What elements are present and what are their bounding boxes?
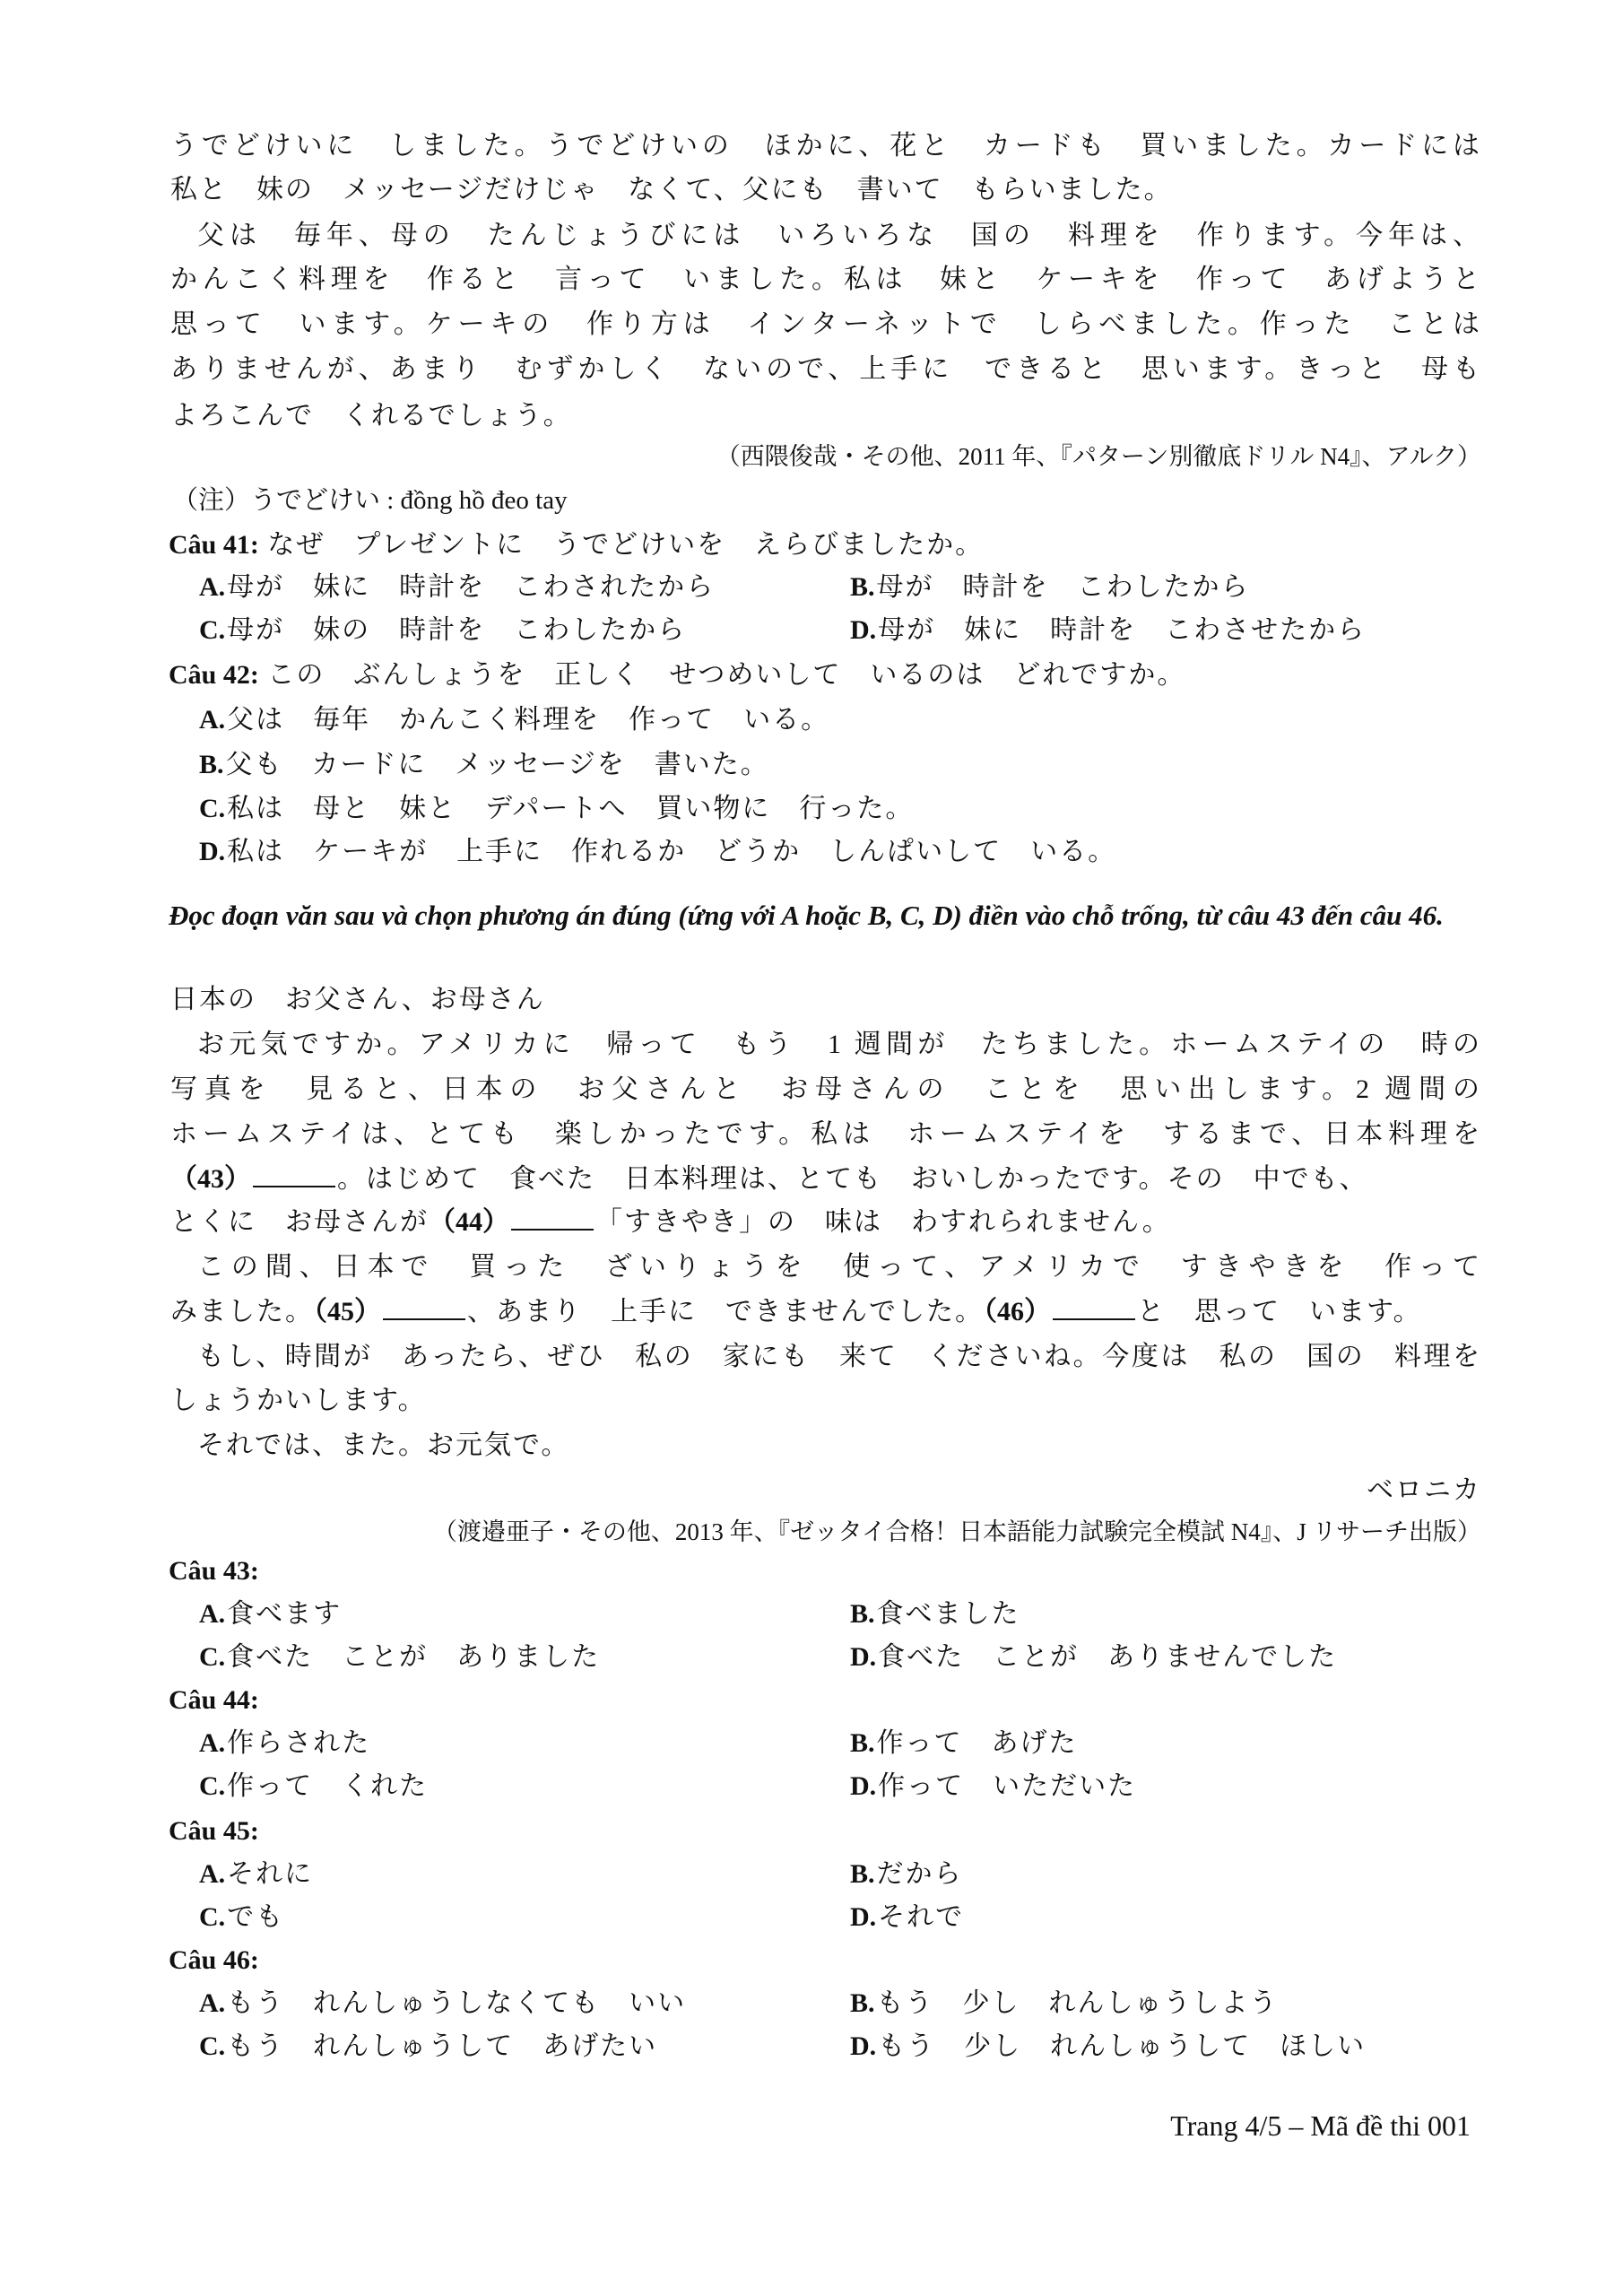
question-43: Câu 43:	[169, 1553, 259, 1589]
letter-heading: 日本の お父さん、お母さん	[170, 982, 1481, 1018]
question-46: Câu 46:	[169, 1943, 259, 1979]
option-text: 私は 母と 妹と デパートへ 買い物に 行った。	[227, 794, 914, 823]
passage2-line: お元気ですか。アメリカに 帰って もう 1 週間が たちました。ホームステイの …	[170, 1027, 1481, 1063]
vocabulary-note: （注）うでどけい : đồng hồ đeo tay	[172, 483, 1483, 518]
option-41-a[interactable]: A.母が 妹に 時計を こわされたから	[199, 570, 715, 605]
option-label: B.	[850, 1988, 875, 2018]
option-42-b[interactable]: B.父も カードに メッセージを 書いた。	[199, 747, 769, 783]
option-45-a[interactable]: A.それに	[199, 1857, 313, 1892]
option-46-b[interactable]: B.もう 少し れんしゅうしよう	[850, 1986, 1279, 2022]
option-text: でも	[227, 1902, 284, 1932]
option-45-b[interactable]: B.だから	[850, 1857, 963, 1892]
option-text: 作って あげた	[877, 1728, 1078, 1758]
option-text: もう れんしゅうしなくても いい	[227, 1988, 686, 2018]
option-44-a[interactable]: A.作らされた	[199, 1726, 370, 1761]
question-text: なぜ プレゼントに うでどけいを えらびましたか。	[267, 530, 984, 560]
option-41-c[interactable]: C.母が 妹の 時計を こわしたから	[199, 613, 686, 648]
option-45-c[interactable]: C.でも	[199, 1900, 284, 1935]
option-text: 食べた ことが ありました	[227, 1642, 600, 1672]
option-text: 作らされた	[227, 1728, 370, 1758]
question-label: Câu 46:	[169, 1945, 259, 1975]
passage2-line: この間、日本で 買った ざいりょうを 使って、アメリカで すきやきを 作って	[170, 1249, 1481, 1285]
option-44-d[interactable]: D.作って いただいた	[850, 1769, 1136, 1805]
option-text: 食べた ことが ありませんでした	[878, 1642, 1337, 1672]
question-label: Câu 42:	[169, 660, 259, 690]
blank-46[interactable]	[1053, 1295, 1135, 1320]
passage2-text: とくに お母さんが	[170, 1207, 429, 1237]
option-label: D.	[850, 1771, 876, 1801]
question-label: Câu 45:	[169, 1816, 259, 1846]
blank-43[interactable]	[253, 1162, 335, 1187]
passage2-line: しょうかいします。	[170, 1383, 1481, 1419]
option-label: D.	[850, 615, 876, 645]
passage2-line-blanks-45-46: みました。（45）、あまり 上手に できませんでした。（46）と 思って います…	[170, 1294, 1481, 1330]
blank-number-46: （46）	[984, 1297, 1051, 1326]
blank-number-44: （44）	[429, 1207, 509, 1237]
option-label: B.	[850, 1859, 875, 1889]
passage2-line: もし、時間が あったら、ぜひ 私の 家にも 来て くださいね。今度は 私の 国の…	[170, 1339, 1481, 1375]
option-label: C.	[199, 2031, 225, 2061]
option-label: C.	[199, 1902, 225, 1932]
option-42-a[interactable]: A.父は 毎年 かんこく料理を 作って いる。	[199, 702, 829, 738]
option-text: それで	[878, 1902, 964, 1932]
option-44-b[interactable]: B.作って あげた	[850, 1726, 1078, 1761]
option-44-c[interactable]: C.作って くれた	[199, 1769, 428, 1805]
passage2-source-citation: （渡邉亜子・その他、2013 年、『ゼッタイ合格！日本語能力試験完全模試 N4』…	[170, 1514, 1481, 1550]
option-text: 食べます	[227, 1599, 342, 1629]
option-43-c[interactable]: C.食べた ことが ありました	[199, 1639, 600, 1675]
passage1-line: ありませんが、あまり むずかしく ないので、上手に できると 思います。きっと …	[170, 352, 1481, 387]
option-label: A.	[199, 705, 225, 735]
option-label: D.	[850, 1642, 876, 1672]
option-label: D.	[850, 1902, 876, 1932]
letter-signature: ベロニカ	[170, 1473, 1481, 1509]
option-label: D.	[199, 837, 225, 866]
passage2-line-blank-43: （43）。はじめて 食べた 日本料理は、とても おいしかったです。その 中でも、	[170, 1161, 1481, 1197]
option-43-d[interactable]: D.食べた ことが ありませんでした	[850, 1639, 1337, 1675]
passage1-source-citation: （西隈俊哉・その他、2011 年、『パターン別徹底ドリル N4』、アルク）	[170, 439, 1481, 474]
passage2-text: 。はじめて 食べた 日本料理は、とても おいしかったです。その 中でも、	[337, 1164, 1368, 1194]
option-label: C.	[199, 615, 225, 645]
option-text: もう 少し れんしゅうして ほしい	[878, 2031, 1366, 2061]
passage2-line: ホームステイは、とても 楽しかったです。私は ホームステイを するまで、日本料理…	[170, 1117, 1481, 1152]
blank-number-45: （45）	[314, 1297, 381, 1326]
option-42-d[interactable]: D.私は ケーキが 上手に 作れるか どうか しんぱいして いる。	[199, 834, 1116, 870]
blank-number-43: （43）	[170, 1164, 251, 1194]
option-41-d[interactable]: D.母が 妹に 時計を こわさせたから	[850, 613, 1366, 648]
option-label: A.	[199, 572, 225, 602]
option-text: 食べました	[877, 1599, 1020, 1629]
exam-page: うでどけいに しました。うでどけいの ほかに、花と カードも 買いました。カード…	[0, 0, 1623, 2296]
passage1-line: うでどけいに しました。うでどけいの ほかに、花と カードも 買いました。カード…	[170, 128, 1481, 164]
option-label: C.	[199, 1642, 225, 1672]
option-43-a[interactable]: A.食べます	[199, 1596, 342, 1632]
passage1-line: 私と 妹の メッセージだけじゃ なくて、父にも 書いて もらいました。	[170, 172, 1481, 208]
page-footer: Trang 4/5 – Mã đề thi 001	[1170, 2108, 1471, 2144]
blank-45[interactable]	[383, 1295, 465, 1320]
option-text: 私は ケーキが 上手に 作れるか どうか しんぱいして いる。	[227, 837, 1116, 866]
option-label: A.	[199, 1988, 225, 2018]
passage1-line: よろこんで くれるでしょう。	[170, 398, 1481, 434]
question-42: Câu 42: この ぶんしょうを 正しく せつめいして いるのは どれですか。	[169, 657, 1185, 693]
option-text: 母が 時計を こわしたから	[877, 572, 1250, 602]
option-46-c[interactable]: C.もう れんしゅうして あげたい	[199, 2029, 657, 2065]
option-41-b[interactable]: B.母が 時計を こわしたから	[850, 570, 1250, 605]
option-label: C.	[199, 794, 225, 823]
option-label: B.	[199, 750, 224, 779]
option-text: 母が 妹に 時計を こわされたから	[227, 572, 715, 602]
option-text: それに	[227, 1859, 313, 1889]
option-text: 母が 妹の 時計を こわしたから	[227, 615, 686, 645]
passage2-text: と 思って います。	[1137, 1297, 1422, 1326]
question-45: Câu 45:	[169, 1813, 259, 1849]
question-label: Câu 44:	[169, 1685, 259, 1715]
option-label: B.	[850, 572, 875, 602]
passage2-text: 「すきやき」の 味は わすれられません。	[595, 1207, 1171, 1237]
passage1-line: かんこく料理を 作ると 言って いました。私は 妹と ケーキを 作って あげよう…	[170, 262, 1481, 298]
question-text: この ぶんしょうを 正しく せつめいして いるのは どれですか。	[267, 660, 1185, 690]
option-label: C.	[199, 1771, 225, 1801]
section-instruction: Đọc đoạn văn sau và chọn phương án đúng …	[169, 898, 1481, 934]
passage2-text: 、あまり 上手に できませんでした。	[467, 1297, 984, 1326]
passage2-line: それでは、また。お元気で。	[170, 1428, 1481, 1464]
option-43-b[interactable]: B.食べました	[850, 1596, 1020, 1632]
option-label: A.	[199, 1599, 225, 1629]
question-label: Câu 43:	[169, 1556, 259, 1586]
passage1-line: 父は 毎年、母の たんじょうびには いろいろな 国の 料理を 作ります。今年は、	[170, 218, 1481, 254]
option-text: だから	[877, 1859, 963, 1889]
option-46-a[interactable]: A.もう れんしゅうしなくても いい	[199, 1986, 686, 2022]
option-label: A.	[199, 1728, 225, 1758]
option-text: 作って くれた	[227, 1771, 428, 1801]
option-label: D.	[850, 2031, 876, 2061]
option-label: A.	[199, 1859, 225, 1889]
question-41: Câu 41: なぜ プレゼントに うでどけいを えらびましたか。	[169, 527, 984, 563]
question-44: Câu 44:	[169, 1683, 259, 1718]
option-42-c[interactable]: C.私は 母と 妹と デパートへ 買い物に 行った。	[199, 791, 914, 827]
option-label: B.	[850, 1599, 875, 1629]
option-label: B.	[850, 1728, 875, 1758]
question-label: Câu 41:	[169, 530, 259, 560]
option-text: 母が 妹に 時計を こわさせたから	[878, 615, 1366, 645]
option-text: 父は 毎年 かんこく料理を 作って いる。	[227, 705, 829, 735]
option-text: もう 少し れんしゅうしよう	[877, 1988, 1279, 2018]
passage2-line-blank-44: とくに お母さんが（44）「すきやき」の 味は わすれられません。	[170, 1205, 1481, 1240]
passage2-text: みました。	[170, 1297, 314, 1326]
passage1-line: 思って います。ケーキの 作り方は インターネットで しらべました。作った こと…	[170, 307, 1481, 343]
option-text: 作って いただいた	[878, 1771, 1136, 1801]
blank-44[interactable]	[511, 1205, 594, 1231]
option-45-d[interactable]: D.それで	[850, 1900, 964, 1935]
option-text: 父も カードに メッセージを 書いた。	[226, 750, 769, 779]
passage2-line: 写真を 見ると、日本の お父さんと お母さんの ことを 思い出します。2 週間の	[170, 1072, 1481, 1108]
option-text: もう れんしゅうして あげたい	[227, 2031, 657, 2061]
option-46-d[interactable]: D.もう 少し れんしゅうして ほしい	[850, 2029, 1366, 2065]
